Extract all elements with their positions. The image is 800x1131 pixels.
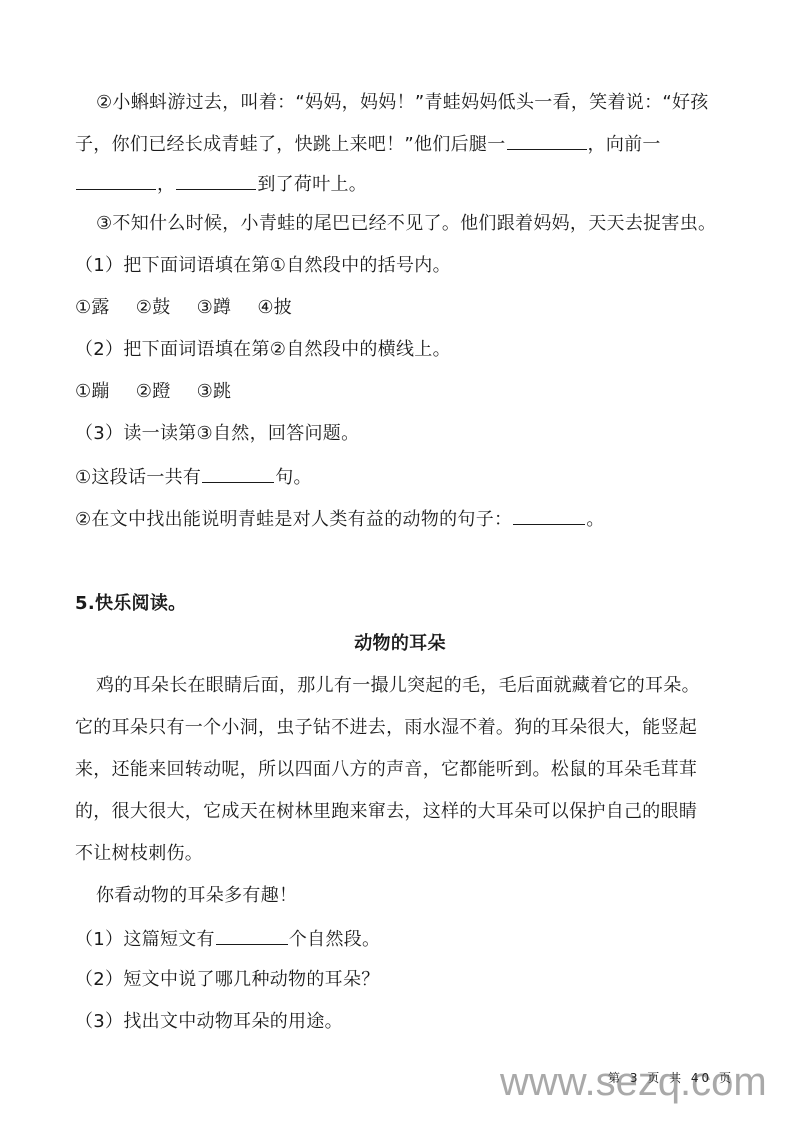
section5-question-2: （2）短文中说了哪几种动物的耳朵？ bbox=[75, 968, 380, 992]
option: ②鼓 bbox=[136, 296, 171, 320]
question-3-sub-1-text: ①这段话一共有 bbox=[75, 467, 201, 488]
question-3-sub-1: ①这段话一共有句。 bbox=[75, 464, 312, 490]
question-1-options: ①露 ②鼓 ③蹲 ④披 bbox=[75, 296, 312, 320]
question-3-sub-1-tail: 句。 bbox=[275, 467, 312, 488]
option: ③跳 bbox=[197, 380, 232, 404]
option: ④披 bbox=[257, 296, 292, 320]
question-3: （3）读一读第③自然，回答问题。 bbox=[75, 422, 359, 446]
passage-line: 它的耳朵只有一个小洞，虫子钻不进去，雨水湿不着。狗的耳朵很大，能竖起 bbox=[75, 716, 697, 740]
fill-blank-1[interactable] bbox=[507, 131, 587, 150]
paragraph-3: ③不知什么时候，小青蛙的尾巴已经不见了。他们跟着妈妈，天天去捉害虫。 bbox=[96, 212, 716, 236]
paragraph-2-line-1: ②小蝌蚪游过去，叫着：“妈妈，妈妈！”青蛙妈妈低头一看，笑着说：“好孩 bbox=[96, 91, 709, 115]
question-3-sub-2: ②在文中找出能说明青蛙是对人类有益的动物的句子：。 bbox=[75, 506, 605, 532]
section5-question-1-text: （1）这篇短文有 bbox=[75, 929, 215, 950]
passage-closing: 你看动物的耳朵多有趣！ bbox=[96, 884, 297, 908]
question-2-options: ①蹦 ②蹬 ③跳 bbox=[75, 380, 251, 404]
passage-title: 动物的耳朵 bbox=[0, 632, 800, 656]
paragraph-2-line-3: ，到了荷叶上。 bbox=[75, 171, 367, 197]
fill-blank-3[interactable] bbox=[176, 171, 256, 190]
option: ③蹲 bbox=[197, 296, 232, 320]
paragraph-2-line-3-tail: 到了荷叶上。 bbox=[257, 174, 367, 195]
fill-blank-4[interactable] bbox=[202, 464, 274, 483]
section5-question-1-tail: 个自然段。 bbox=[289, 929, 381, 950]
fill-blank-6[interactable] bbox=[216, 926, 288, 945]
paragraph-2-line-2: 子，你们已经长成青蛙了，快跳上来吧！”他们后腿一，向前一 bbox=[75, 131, 661, 157]
paragraph-2-line-2-text: 子，你们已经长成青蛙了，快跳上来吧！”他们后腿一 bbox=[75, 134, 506, 155]
fill-blank-2[interactable] bbox=[76, 171, 156, 190]
section5-question-3: （3）找出文中动物耳朵的用途。 bbox=[75, 1010, 343, 1034]
passage-line: 不让树枝刺伤。 bbox=[75, 842, 203, 866]
question-1: （1）把下面词语填在第①自然段中的括号内。 bbox=[75, 254, 451, 278]
option: ①蹦 bbox=[75, 380, 110, 404]
passage-line: 鸡的耳朵长在眼睛后面，那儿有一撮儿突起的毛，毛后面就藏着它的耳朵。 bbox=[96, 674, 700, 698]
option: ①露 bbox=[75, 296, 110, 320]
question-3-sub-2-text: ②在文中找出能说明青蛙是对人类有益的动物的句子： bbox=[75, 509, 512, 530]
section-heading: 5.快乐阅读。 bbox=[75, 592, 186, 616]
comma: ， bbox=[157, 174, 175, 195]
section5-question-1: （1）这篇短文有个自然段。 bbox=[75, 926, 380, 952]
passage-line: 来，还能来回转动呢，所以四面八方的声音，它都能听到。松鼠的耳朵毛茸茸 bbox=[75, 758, 697, 782]
passage-line: 的，很大很大，它成天在树林里跑来窜去，这样的大耳朵可以保护自己的眼睛 bbox=[75, 800, 697, 824]
fill-blank-5[interactable] bbox=[513, 506, 585, 525]
paragraph-2-line-2-tail: ，向前一 bbox=[588, 134, 661, 155]
document-page: ②小蝌蚪游过去，叫着：“妈妈，妈妈！”青蛙妈妈低头一看，笑着说：“好孩 子，你们… bbox=[0, 0, 800, 1131]
question-3-sub-2-tail: 。 bbox=[586, 509, 604, 530]
page-number: 第 3 页 共 40 页 bbox=[608, 1069, 734, 1086]
question-2: （2）把下面词语填在第②自然段中的横线上。 bbox=[75, 338, 451, 362]
option: ②蹬 bbox=[136, 380, 171, 404]
